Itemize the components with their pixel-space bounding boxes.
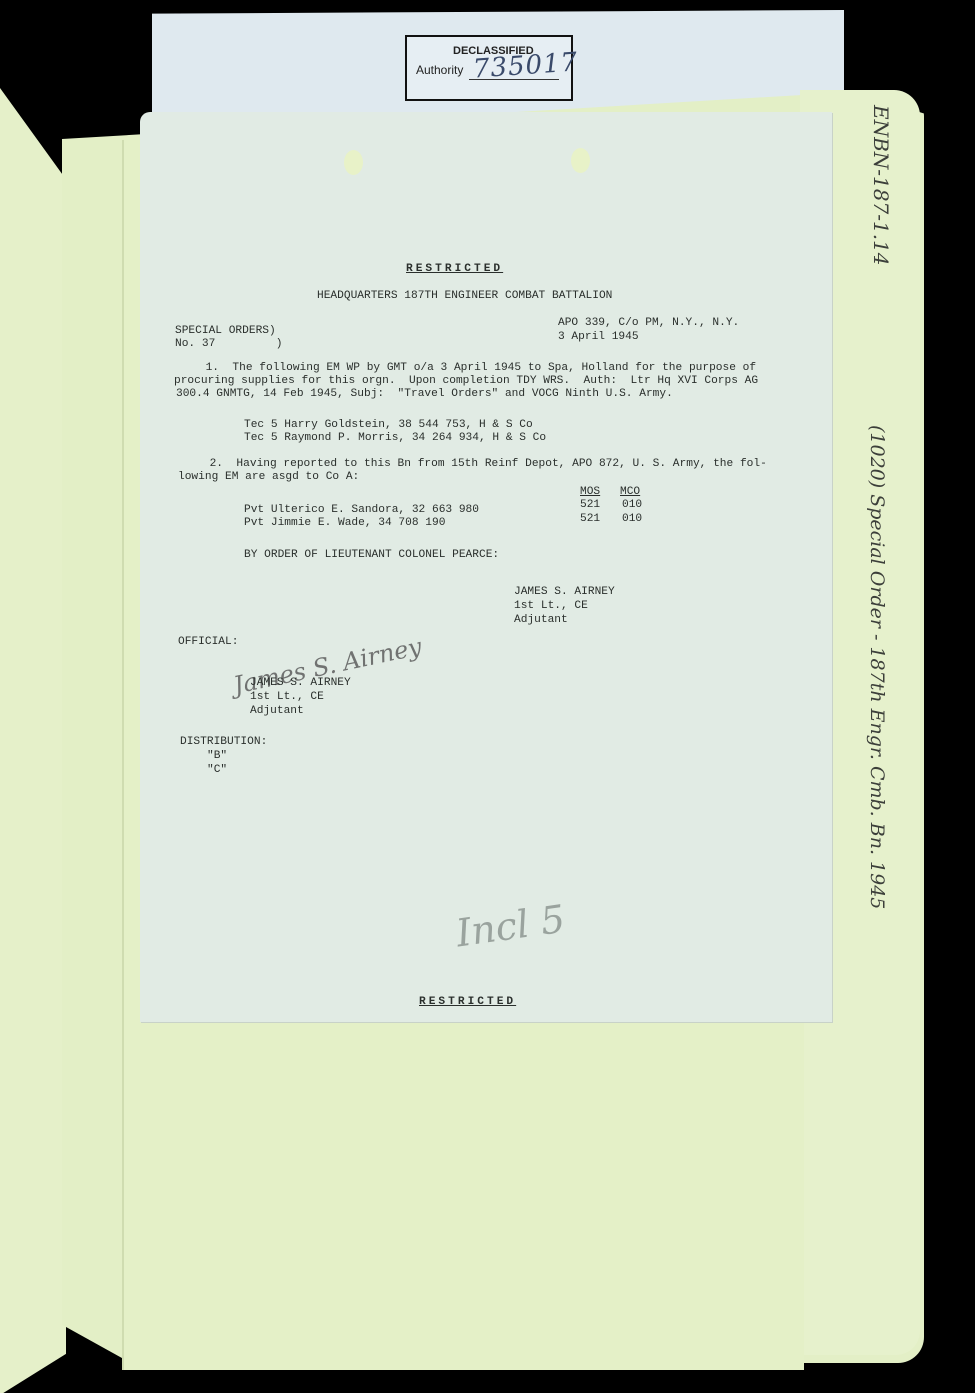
orders-label: SPECIAL ORDERS)	[175, 325, 276, 338]
margin-note-file-code: ENBN-187-1.14	[869, 105, 893, 266]
assigned-personnel-name: Pvt Jimmie E. Wade, 34 708 190	[244, 517, 445, 530]
orders-number: No. 37 )	[175, 338, 282, 351]
assigned-personnel-mco: 010	[622, 513, 642, 526]
para1-line: 300.4 GNMTG, 14 Feb 1945, Subj: "Travel …	[176, 388, 673, 401]
stamp-label: Authority	[416, 63, 463, 77]
document-page: RESTRICTED HEADQUARTERS 187TH ENGINEER C…	[140, 112, 832, 1022]
official-signatory-rank: 1st Lt., CE	[250, 691, 324, 704]
classification-footer: RESTRICTED	[419, 996, 516, 1009]
mos-column-header: MOS	[580, 486, 600, 499]
distribution-item: "C"	[207, 764, 227, 777]
mco-column-header: MCO	[620, 486, 640, 499]
personnel-entry: Tec 5 Raymond P. Morris, 34 264 934, H &…	[244, 432, 546, 445]
para2-line: lowing EM are asgd to Co A:	[178, 471, 359, 484]
address: APO 339, C/o PM, N.Y., N.Y.	[558, 317, 739, 330]
punch-hole	[344, 150, 363, 175]
assigned-personnel-mos: 521	[580, 513, 600, 526]
assigned-personnel-mco: 010	[622, 499, 642, 512]
folder-left-flap	[0, 88, 66, 1393]
punch-hole	[571, 148, 590, 173]
declassified-stamp: DECLASSIFIED Authority 735017	[405, 35, 573, 101]
signatory-title: Adjutant	[514, 614, 568, 627]
personnel-entry: Tec 5 Harry Goldstein, 38 544 753, H & S…	[244, 419, 533, 432]
assigned-personnel-mos: 521	[580, 499, 600, 512]
authority-number: 735017	[472, 47, 579, 84]
order-date: 3 April 1945	[558, 331, 639, 344]
signatory-name: JAMES S. AIRNEY	[514, 586, 615, 599]
unit-heading: HEADQUARTERS 187TH ENGINEER COMBAT BATTA…	[317, 290, 612, 303]
signatory-rank: 1st Lt., CE	[514, 600, 588, 613]
pencil-enclosure-note: Incl 5	[456, 912, 566, 940]
official-signatory-name: JAMES S. AIRNEY	[250, 677, 351, 690]
para2-line: 2. Having reported to this Bn from 15th …	[176, 458, 767, 471]
para1-line: procuring supplies for this orgn. Upon c…	[174, 375, 758, 388]
assigned-personnel-name: Pvt Ulterico E. Sandora, 32 663 980	[244, 504, 479, 517]
folder-crease	[122, 140, 124, 1370]
by-order-line: BY ORDER OF LIEUTENANT COLONEL PEARCE:	[244, 549, 499, 562]
official-label: OFFICIAL:	[178, 636, 238, 649]
distribution-item: "B"	[207, 750, 227, 763]
margin-note-description: (1020) Special Order - 187th Engr. Cmb. …	[866, 425, 888, 909]
official-signatory-title: Adjutant	[250, 705, 304, 718]
para1-line: 1. The following EM WP by GMT o/a 3 Apri…	[172, 362, 756, 375]
classification-header: RESTRICTED	[406, 263, 503, 276]
distribution-label: DISTRIBUTION:	[180, 736, 267, 749]
